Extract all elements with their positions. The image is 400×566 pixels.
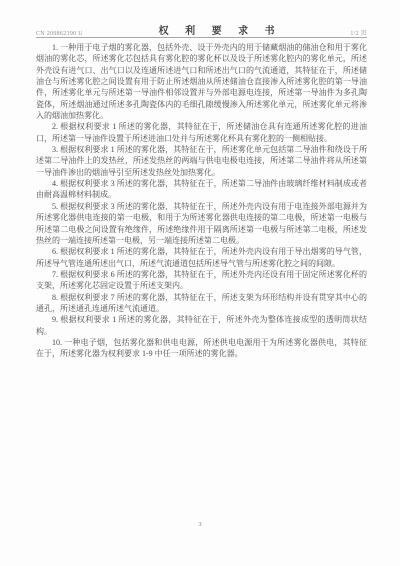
claim-paragraph-8: 8. 根据权利要求 7 所述的雾化器，其特征在于，所述支架为环形结构并设有贯穿其… (36, 292, 367, 315)
claim-paragraph-2: 2. 根据权利要求 1 所述的雾化器，其特征在于，所述储油仓具有连通所述雾化腔的… (36, 121, 367, 144)
claim-paragraph-10: 10. 一种电子烟，包括雾化器和供电电源，所述供电电源用于为所述雾化器供电，其特… (36, 337, 367, 360)
claim-paragraph-5: 5. 根据权利要求 3 所述的雾化器，其特征在于，所述外壳内设有用于电连接外部电… (36, 201, 367, 246)
claim-paragraph-3: 3. 根据权利要求 1 所述的雾化器，其特征在于，所述雾化单元包括第二导油件和绕… (36, 144, 367, 178)
claims-body: 1. 一种用于电子烟的雾化器，包括外壳、设于外壳内的用于储藏烟油的储油仓和用于雾… (36, 42, 367, 360)
claim-paragraph-7: 7. 根据权利要求 6 所述的雾化器，其特征在于，所述外壳内还设有用于固定所述雾… (36, 269, 367, 292)
claim-paragraph-4: 4. 根据权利要求 3 所述的雾化器，其特征在于，所述第二导油件由玻璃纤维材料制… (36, 178, 367, 201)
claim-paragraph-1: 1. 一种用于电子烟的雾化器，包括外壳、设于外壳内的用于储藏烟油的储油仓和用于雾… (36, 42, 367, 121)
patent-claims-page: CN 209862390 U 权 利 要 求 书 1/2 页 1. 一种用于电子… (0, 0, 400, 566)
claim-paragraph-6: 6. 根据权利要求 1 所述的雾化器，其特征在于，所述外壳内设有用于导出烟雾的导… (36, 246, 367, 269)
claim-paragraph-9: 9. 根据权利要求 1 所述的雾化器，其特征在于，所述外壳为整体连接成型的透明筒… (36, 314, 367, 337)
footer-page-number: 3 (0, 521, 400, 528)
page-header: CN 209862390 U 权 利 要 求 书 1/2 页 (36, 25, 367, 37)
page-title: 权 利 要 求 书 (152, 22, 282, 37)
header-page-indicator: 1/2 页 (350, 28, 367, 37)
header-divider (36, 37, 367, 38)
